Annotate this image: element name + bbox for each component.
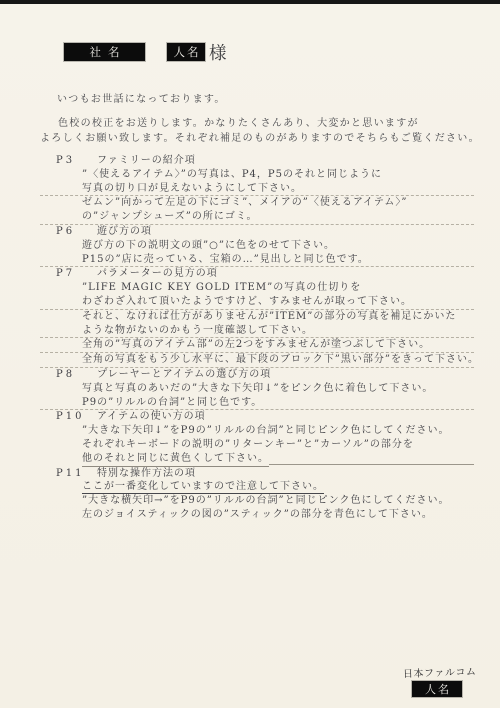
section-title: アイテムの使い方の項: [97, 410, 206, 424]
company-name-redaction-box: 社名: [64, 43, 145, 61]
correction-line-underlined: 他のそれと同じに黄色くして下さい。: [40, 452, 474, 467]
footer-person-name-redaction-box: 人名: [412, 681, 462, 697]
correction-line: の”ジャンプシューズ”の所にゴミ。: [40, 210, 474, 224]
correction-line: ”〈使えるアイテム〉”の写真は、P4，P5のそれと同じように: [40, 168, 474, 182]
correction-line: 遊び方の下の説明文の頭”○”に色をのせて下さい。: [40, 239, 474, 253]
section-title: パラメーターの見方の項: [97, 267, 218, 281]
correction-line: 写真の切り口が見えないようにして下さい。: [40, 182, 474, 196]
section-heading-p8: P8プレーヤーとアイテムの選び方の項: [40, 368, 474, 382]
correction-line: それと、なければ仕方がありませんが”ITEM”の部分の写真を補足にかいた: [40, 310, 474, 324]
section-heading-p7: P7パラメーターの見方の項: [40, 267, 474, 281]
correction-line: わざわざ入れて頂いたようですけど、すみませんが取って下さい。: [40, 295, 474, 309]
section-title: 遊び方の項: [97, 225, 152, 239]
rule-extension: [269, 464, 474, 465]
person-name-redaction-box: 人名: [167, 43, 205, 61]
honorific-text: 様: [209, 40, 228, 65]
page-ref-label: P6: [56, 225, 97, 239]
correction-line: ような物がないのかもう一度確認して下さい。: [40, 324, 474, 338]
section-heading-p6: P6遊び方の項: [40, 225, 474, 239]
section-title: プレーヤーとアイテムの選び方の項: [97, 368, 271, 382]
company-name-label: 社名: [90, 44, 127, 60]
correction-line: ”LIFE MAGIC KEY GOLD ITEM”の写真の仕切りを: [40, 281, 474, 295]
handwritten-company-signature: 日本ファルコム: [403, 663, 477, 681]
correction-line: それぞれキーボードの説明の”リターンキー”と”カーソル”の部分を: [40, 438, 474, 452]
intro-line-1: 色校の校正をお送りします。かなりたくさんあり、大変かと思いますが: [58, 114, 419, 129]
correction-line: 全角の”写真のアイテム部”の左2つをすみませんが塗つぶして下さい。: [40, 338, 474, 352]
page-ref-label: P7: [56, 267, 97, 281]
section-title: ファミリーの紹介項: [97, 154, 196, 168]
scanned-letter-page: 社名 人名 様 いつもお世話になっております。 色校の校正をお送りします。かなり…: [0, 0, 500, 708]
emphasis-text: ここが一番変化していますので注意して下さい。: [82, 481, 324, 494]
correction-list: P3ファミリーの紹介項 ”〈使えるアイテム〉”の写真は、P4，P5のそれと同じよ…: [40, 154, 474, 522]
correction-line: P15の”店に売っている、宝箱の…”見出しと同じ色です。: [40, 253, 474, 267]
correction-line-emphasis: ここが一番変化していますので注意して下さい。: [40, 480, 474, 494]
correction-line: 写真と写真のあいだの”大きな下矢印↓”をピンク色に着色して下さい。: [40, 382, 474, 396]
greeting-text: いつもお世話になっております。: [57, 90, 226, 105]
correction-line: ”大きな下矢印↓”をP9の”リルルの台詞”と同じピンク色にしてください。: [40, 424, 474, 438]
section-title: 特別な操作方法の項: [97, 467, 196, 481]
correction-line: ”大きな横矢印→”をP9の”リルルの台詞”と同じピンク色にしてください。: [40, 494, 474, 508]
person-name-label: 人名: [174, 44, 201, 60]
section-heading-p3: P3ファミリーの紹介項: [40, 154, 474, 168]
correction-line: ゼムン”向かって左足の下にゴミ”、メイアの”〈使えるアイテム〉”: [40, 196, 474, 210]
correction-line: P9の”リルルの台詞”と同じ色です。: [40, 396, 474, 410]
correction-line: 全角の写真をもう少し水平に、最下段のブロック下”黒い部分”をきって下さい。: [40, 353, 474, 367]
scan-edge: [0, 0, 500, 4]
correction-text: 他のそれと同じに黄色くして下さい。: [82, 452, 269, 467]
page-ref-label: P10: [56, 410, 97, 424]
footer-person-name-label: 人名: [425, 681, 451, 697]
page-ref-label: P11: [56, 467, 97, 481]
page-ref-label: P3: [56, 154, 97, 168]
correction-line: 左のジョイスティックの図の”スティック”の部分を青色にして下さい。: [40, 508, 474, 522]
intro-line-2: よろしくお願い致します。それぞれ補足のものがありますのでそちらもご覧ください。: [40, 129, 480, 144]
section-heading-p11: P11特別な操作方法の項: [40, 467, 474, 481]
section-heading-p10: P10アイテムの使い方の項: [40, 410, 474, 424]
page-ref-label: P8: [56, 368, 97, 382]
